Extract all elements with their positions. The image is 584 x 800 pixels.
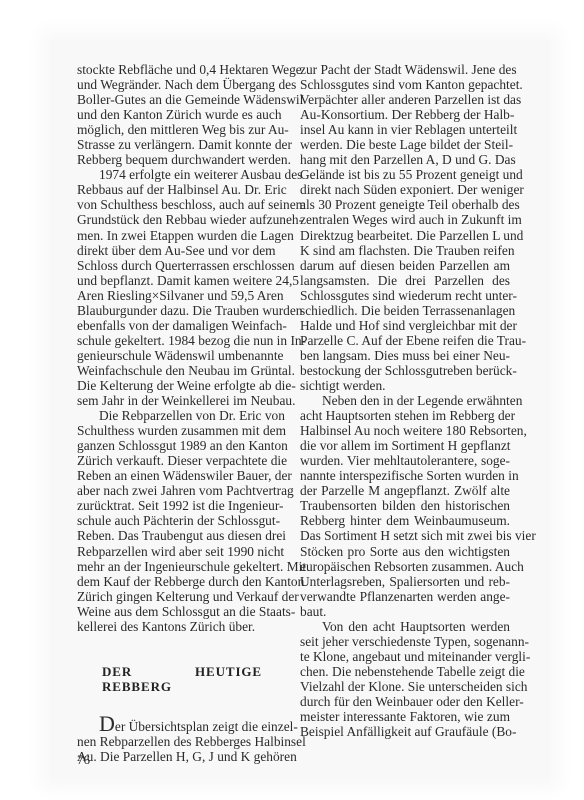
text-line: Verpächter aller anderen Parzellen ist d… — [300, 92, 510, 107]
text-line: Der Übersichtsplan zeigt die einzel- — [77, 716, 262, 734]
text-line: nen Rebparzellen des Rebberges Halbinsel — [77, 734, 262, 749]
text-line: Aren Riesling×Silvaner und 59,5 Aren — [77, 288, 262, 303]
text-line: Rebberg bequem durchwandert werden. — [77, 152, 262, 167]
text-line: Beispiel Anfälligkeit auf Graufäule (Bo- — [300, 724, 510, 739]
text-line: Parzelle C. Auf der Ebene reifen die Tra… — [300, 333, 510, 348]
text-line: baut. — [300, 604, 510, 619]
text-line: Traubensorten bilden den historischen — [300, 498, 510, 513]
text-line: 1974 erfolgte ein weiterer Ausbau des — [77, 167, 262, 182]
text-line: langsamsten. Die drei Parzellen des — [300, 273, 510, 288]
text-line: Halde und Hof sind vergleichbar mit der — [300, 318, 510, 333]
text-line: Stöcken pro Sorte aus den wichtigsten — [300, 544, 510, 559]
text-line: und Wegränder. Nach dem Übergang des — [77, 77, 262, 92]
text-line: Vielzahl der Klone. Sie unterscheiden si… — [300, 679, 510, 694]
text-line: Direktzug bearbeitet. Die Parzellen L un… — [300, 228, 510, 243]
text-line: europäischen Rebsorten zusammen. Auch — [300, 559, 510, 574]
text-line: Die Kelterung der Weine erfolgte ab die- — [77, 378, 262, 393]
text-line: K sind am flachsten. Die Trauben reifen — [300, 243, 510, 258]
text-line: ebenfalls von der damaligen Weinfach- — [77, 318, 262, 333]
left-column: stockte Rebfläche und 0,4 Hektaren Wegeu… — [77, 62, 262, 764]
text-line: verwandte Pflanzenarten werden ange- — [300, 589, 510, 604]
text-line: acht Hauptsorten stehen im Rebberg der — [300, 408, 510, 423]
text-line: seit jeher verschiedenste Typen, sogenan… — [300, 634, 510, 649]
text-line: dem Kauf der Rebberge durch den Kanton — [77, 574, 262, 589]
text-line: Grundstück den Rebbau wieder aufzuneh- — [77, 212, 262, 227]
paragraph: Neben den in der Legende erwähntenacht H… — [300, 393, 510, 619]
text-line: sem Jahr in der Weinkellerei im Neubau. — [77, 393, 262, 408]
paragraph: zur Pacht der Stadt Wädenswil. Jene desS… — [300, 62, 510, 393]
paragraph: stockte Rebfläche und 0,4 Hektaren Wegeu… — [77, 62, 262, 167]
text-line: nannte interspezifische Sorten wurden in — [300, 468, 510, 483]
text-line: Rebberg hinter dem Weinbaumuseum. — [300, 513, 510, 528]
text-line: kellerei des Kantons Zürich über. — [77, 619, 262, 634]
text-line: Schlossgutes sind vom Kanton gepachtet. — [300, 77, 510, 92]
text-line: und bepflanzt. Damit kamen weitere 24,5 — [77, 273, 262, 288]
paragraph: nen Rebparzellen des Rebberges Halbinsel… — [77, 734, 262, 764]
text-line: durch für den Weinbauer oder den Keller- — [300, 694, 510, 709]
text-line: mehr an der Ingenieurschule gekeltert. M… — [77, 559, 262, 574]
text-line: bestockung der Schlossgutreben berück- — [300, 363, 510, 378]
text-line: zurücktrat. Seit 1992 ist die Ingenieur- — [77, 498, 262, 513]
text-line: Zürich verkauft. Dieser verpachtete die — [77, 453, 262, 468]
text-line: Schlossgutes sind wiederum recht unter- — [300, 288, 510, 303]
paragraph: Von den acht Hauptsorten werdenseit jehe… — [300, 619, 510, 739]
text-line: Von den acht Hauptsorten werden — [300, 619, 510, 634]
text-line: Reben an einen Wädenswiler Bauer, der — [77, 468, 262, 483]
text-line: meister interessante Faktoren, wie zum — [300, 709, 510, 724]
text-line: chen. Die nebenstehende Tabelle zeigt di… — [300, 664, 510, 679]
paragraph: Die Rebparzellen von Dr. Eric vonSchulth… — [77, 408, 262, 634]
text-line: Blauburgunder dazu. Die Trauben wurden — [77, 303, 262, 318]
text-line: Strasse zu verlängern. Damit konnte der — [77, 137, 262, 152]
text-line: darum auf diesen beiden Parzellen am — [300, 258, 510, 273]
text-line: von Schulthess beschloss, auch auf seine… — [77, 197, 262, 212]
right-column: zur Pacht der Stadt Wädenswil. Jene desS… — [300, 62, 510, 739]
text-line: Au-Konsortium. Der Rebberg der Halb- — [300, 107, 510, 122]
text-line: schule auch Pächterin der Schlossgut- — [77, 513, 262, 528]
text-line: und den Kanton Zürich wurde es auch — [77, 107, 262, 122]
text-line: Gelände ist bis zu 55 Prozent geneigt un… — [300, 167, 510, 182]
text-line: ganzen Schlossgut 1989 an den Kanton — [77, 438, 262, 453]
text-line: Weinfachschule den Neubau im Grüntal. — [77, 363, 262, 378]
text-line: Halbinsel Au noch weitere 180 Rebsorten, — [300, 423, 510, 438]
text-line: möglich, den mittleren Weg bis zur Au- — [77, 122, 262, 137]
text-line: Neben den in der Legende erwähnten — [300, 393, 510, 408]
text-line: Unterlagsreben, Spaliersorten und reb- — [300, 574, 510, 589]
text-line: Boller-Gutes an die Gemeinde Wädenswil — [77, 92, 262, 107]
text-line-rest: er Übersichtsplan zeigt die einzel- — [115, 719, 298, 734]
page-number: 76 — [77, 752, 90, 768]
text-line: der Parzelle M angepflanzt. Zwölf alte — [300, 483, 510, 498]
text-line: Weine aus dem Schlossgut an die Staats- — [77, 604, 262, 619]
paragraph: 1974 erfolgte ein weiterer Ausbau desReb… — [77, 167, 262, 408]
text-line: die vor allem im Sortiment H gepflanzt — [300, 438, 510, 453]
text-line: Die Rebparzellen von Dr. Eric von — [77, 408, 262, 423]
text-line: Schulthess wurden zusammen mit dem — [77, 423, 262, 438]
text-line: genieurschule Wädenswil umbenannte — [77, 348, 262, 363]
text-line: Au. Die Parzellen H, G, J und K gehören — [77, 749, 262, 764]
text-line: zentralen Weges wird auch in Zukunft im — [300, 212, 510, 227]
text-line: direkt über dem Au-See und vor dem — [77, 243, 262, 258]
text-line: direkt nach Süden exponiert. Der weniger — [300, 182, 510, 197]
text-line: zur Pacht der Stadt Wädenswil. Jene des — [300, 62, 510, 77]
text-line: men. In zwei Etappen wurden die Lagen — [77, 228, 262, 243]
text-line: schule gekeltert. 1984 bezog die nun in … — [77, 333, 262, 348]
text-line: Rebbaus auf der Halbinsel Au. Dr. Eric — [77, 182, 262, 197]
text-line: Rebparzellen wird aber seit 1990 nicht — [77, 544, 262, 559]
text-line: stockte Rebfläche und 0,4 Hektaren Wege — [77, 62, 262, 77]
text-line: Reben. Das Traubengut aus diesen drei — [77, 528, 262, 543]
text-line: Schloss durch Querterrassen erschlossen — [77, 258, 262, 273]
text-line: Zürich gingen Kelterung und Verkauf der — [77, 589, 262, 604]
text-line: hang mit den Parzellen A, D und G. Das — [300, 152, 510, 167]
text-line: te Klone, angebaut und miteinander vergl… — [300, 649, 510, 664]
text-line: Das Sortiment H setzt sich mit zwei bis … — [300, 528, 510, 543]
text-line: schiedlich. Die beiden Terrassenanlagen — [300, 303, 510, 318]
text-line: sichtigt werden. — [300, 378, 510, 393]
text-line: wurden. Vier mehltautolerantere, soge- — [300, 453, 510, 468]
section-heading: DER HEUTIGE REBBERG — [77, 664, 262, 694]
text-line: aber nach zwei Jahren vom Pachtvertrag — [77, 483, 262, 498]
text-line: werden. Die beste Lage bildet der Steil- — [300, 137, 510, 152]
text-line: insel Au kann in vier Reblagen unterteil… — [300, 122, 510, 137]
drop-cap: D — [99, 711, 115, 736]
text-line: ben langsam. Dies muss bei einer Neu- — [300, 348, 510, 363]
text-line: als 30 Prozent geneigte Teil oberhalb de… — [300, 197, 510, 212]
